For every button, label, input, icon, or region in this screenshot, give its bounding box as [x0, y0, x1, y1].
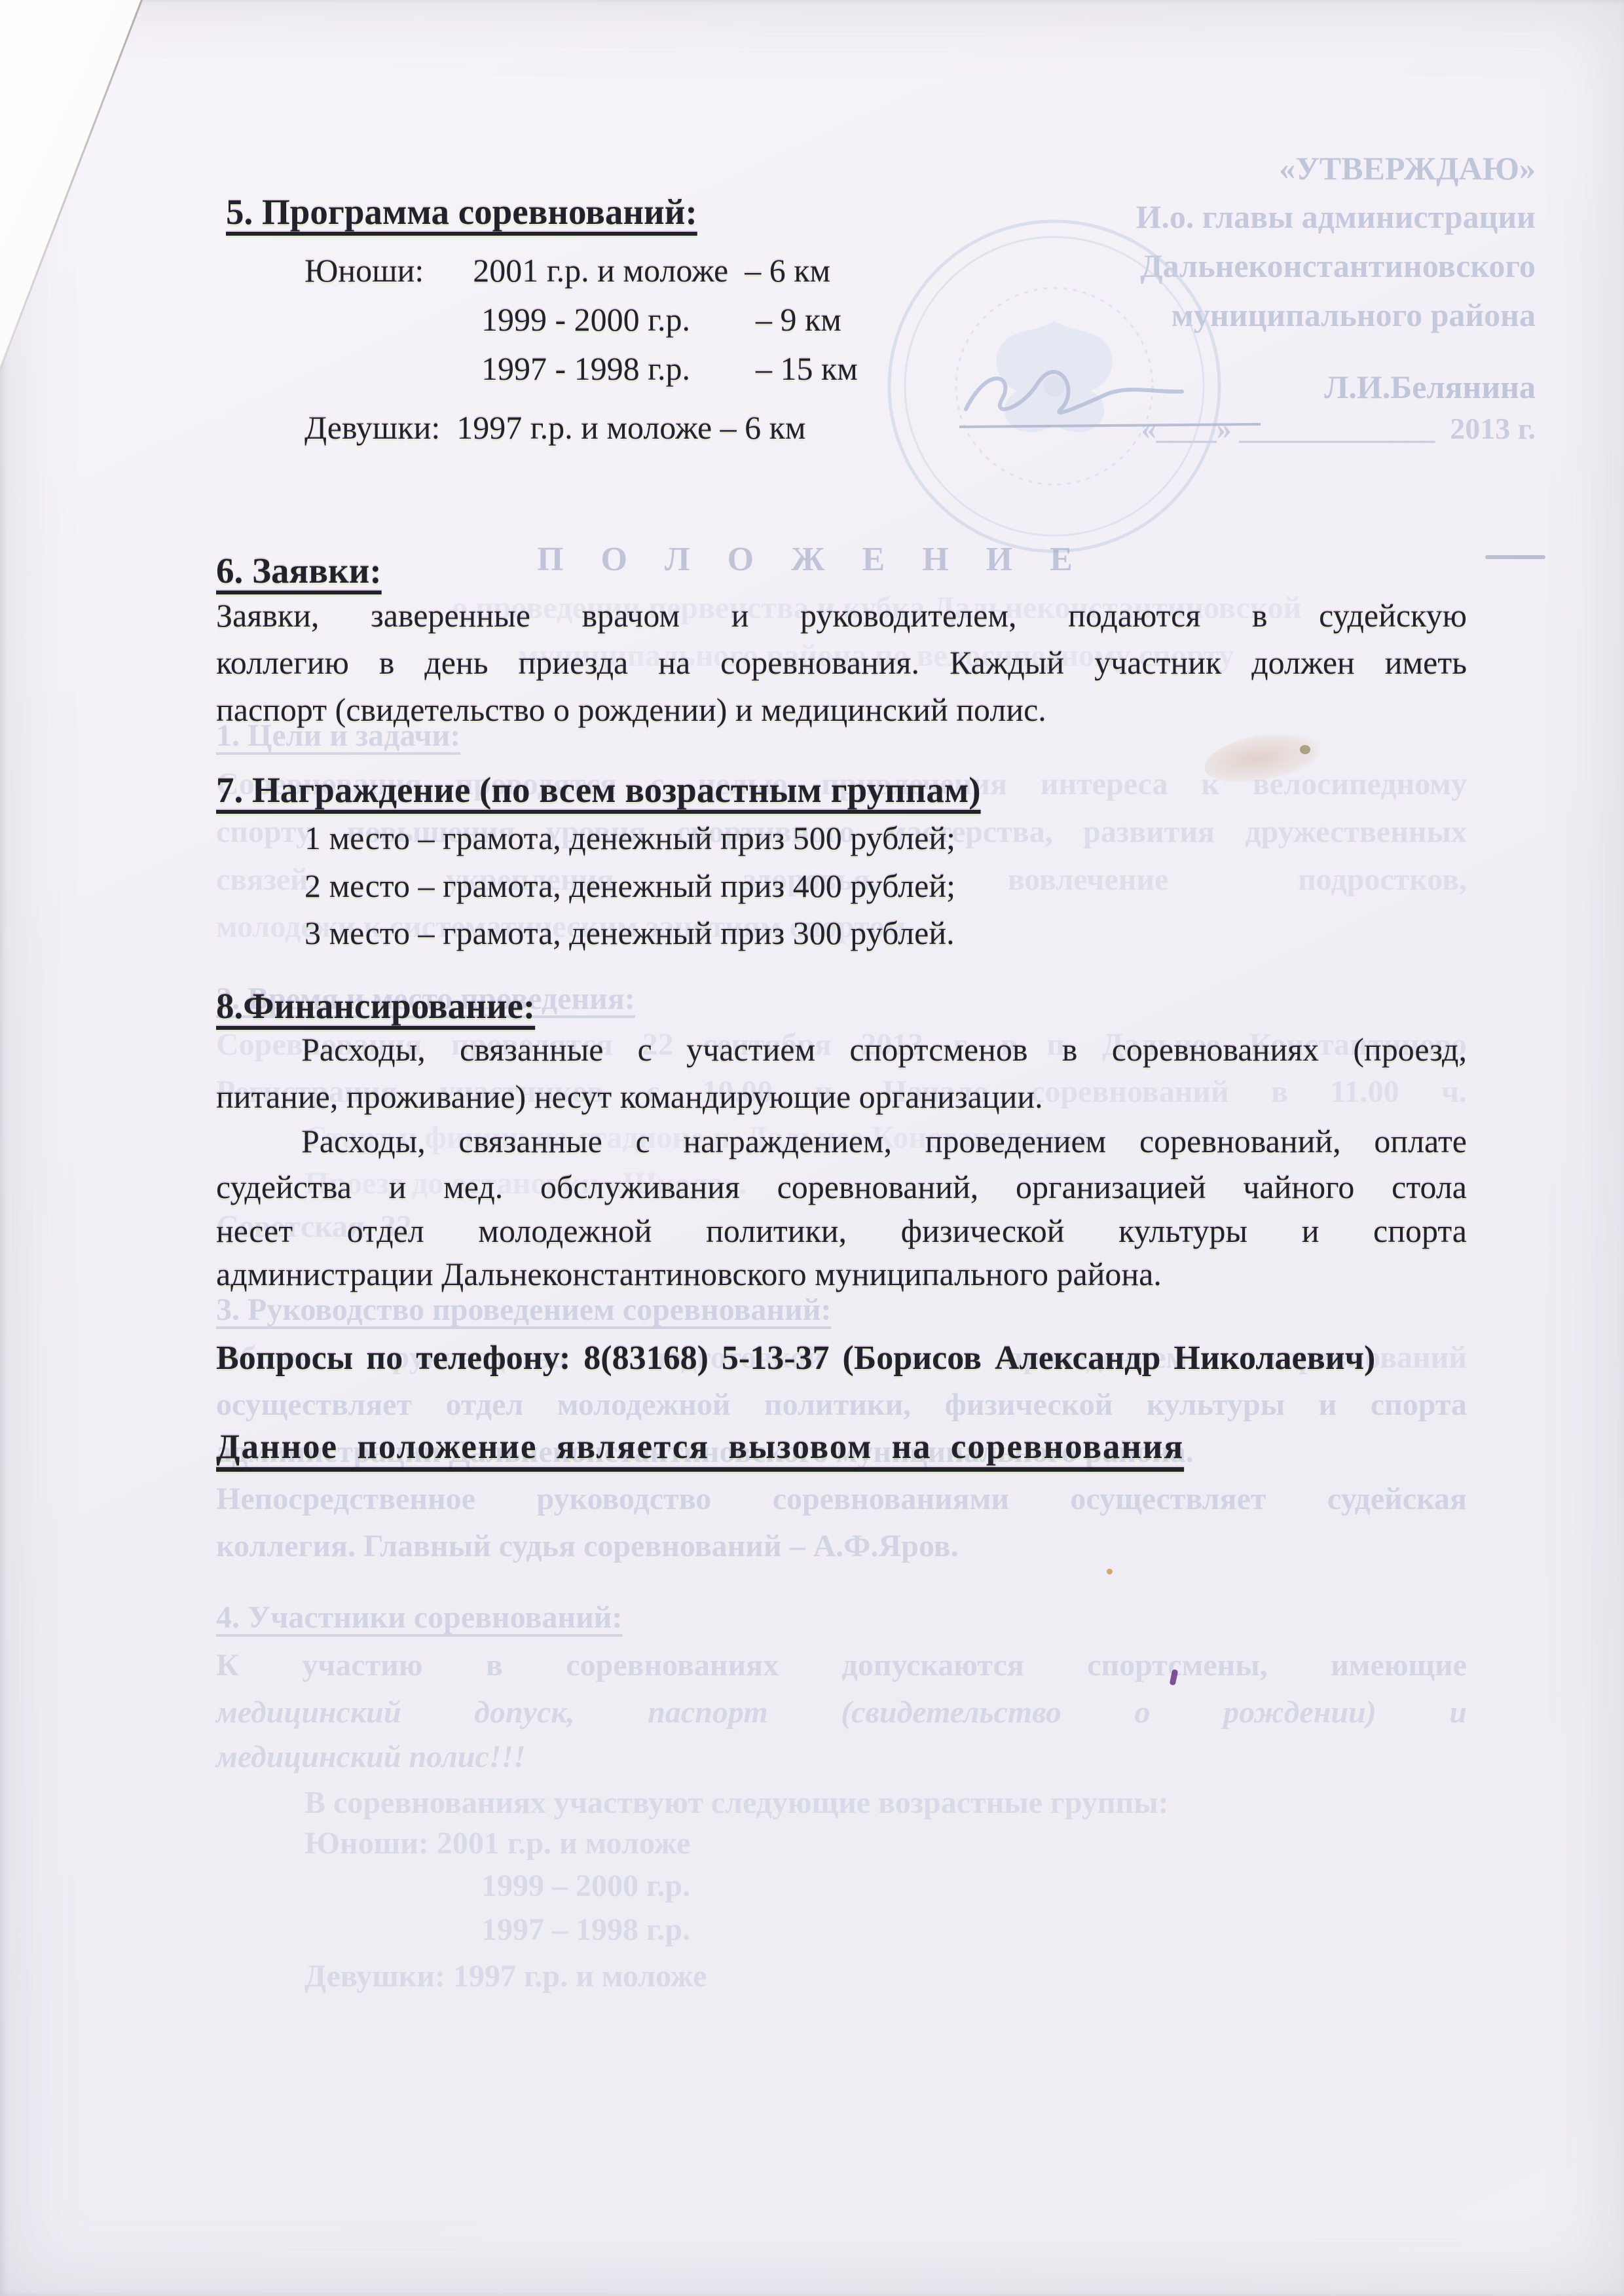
bleed-line: Юноши: 2001 г.р. и моложе: [304, 1827, 690, 1861]
section6-heading: 6. Заявки:: [216, 550, 382, 591]
program-row-boys-2: 1999 - 2000 г.р. – 9 км: [481, 301, 841, 339]
prize-line-2: 2 место – грамота, денежный приз 400 руб…: [304, 867, 955, 905]
prize-line-1: 1 место – грамота, денежный приз 500 руб…: [304, 820, 955, 858]
margin-mark: [1485, 555, 1545, 559]
bleed-line-italic: медицинский допуск, паспорт (свидетельст…: [216, 1696, 1467, 1730]
section6-line: Заявки, заверенные врачом и руководителе…: [216, 597, 1467, 635]
bleed-line: Девушки: 1997 г.р. и моложе: [304, 1959, 707, 1994]
bleed-line: К участию в соревнованиях допускаются сп…: [216, 1649, 1467, 1683]
section8-line: администрации Дальнеконстантиновского му…: [216, 1256, 1162, 1294]
section6-line: коллегию в день приезда на соревнования.…: [216, 644, 1467, 682]
bleed-section4-heading: 4. Участники соревнований:: [216, 1601, 622, 1635]
contact-phone-line: Вопросы по телефону: 8(83168) 5-13-37 (Б…: [216, 1339, 1375, 1378]
section8-heading: 8.Финансирование:: [216, 985, 535, 1027]
bleed-line: осуществляет отдел молодежной политики, …: [216, 1388, 1467, 1423]
prize-line-3: 3 место – грамота, денежный приз 300 руб…: [304, 915, 955, 953]
section8-line: несет отдел молодежной политики, физичес…: [216, 1212, 1467, 1250]
paper-stain-dot: [1300, 745, 1310, 754]
bleed-section3-heading: 3. Руководство проведением соревнований:: [216, 1293, 831, 1328]
scanned-document-page: «УТВЕРЖДАЮ» И.о. главы администрации Дал…: [0, 0, 1624, 2296]
bleed-line: В соревнованиях участвуют следующие возр…: [304, 1786, 1169, 1821]
bleed-line: Непосредственное руководство соревновани…: [216, 1482, 1467, 1517]
handwritten-signature: [953, 354, 1319, 439]
section8-line: Расходы, связанные с награждением, прове…: [216, 1123, 1467, 1161]
section7-heading: 7. Награждение (по всем возрастным групп…: [216, 769, 981, 811]
section6-line: паспорт (свидетельство о рождении) и мед…: [216, 691, 1046, 729]
section8-line: судейства и мед. обслуживания соревнован…: [216, 1169, 1467, 1207]
program-row-boys-3: 1997 - 1998 г.р. – 15 км: [481, 350, 858, 388]
section8-line: Расходы, связанные с участием спортсмено…: [216, 1031, 1467, 1069]
bleed-title: П О Л О Ж Е Н И Е: [537, 541, 1087, 578]
bleed-line: коллегия. Главный судья соревнований – А…: [216, 1529, 959, 1564]
dust-speck: [1107, 1569, 1113, 1575]
section5-heading: 5. Программа соревнований:: [226, 191, 697, 232]
program-row-girls: Девушки: 1997 г.р. и моложе – 6 км: [304, 409, 806, 447]
program-row-boys-1: Юноши: 2001 г.р. и моложе – 6 км: [304, 252, 830, 290]
closing-statement: Данное положение является вызовом на сор…: [216, 1427, 1184, 1467]
bleed-line-italic: медицинский полис!!!: [216, 1740, 526, 1775]
section8-line: питание, проживание) несут командирующие…: [216, 1078, 1043, 1116]
page-fold-corner: [0, 0, 170, 393]
approval-word: «УТВЕРЖДАЮ»: [917, 149, 1536, 187]
bleed-line: 1997 – 1998 г.р.: [481, 1913, 690, 1948]
bleed-line: 1999 – 2000 г.р.: [481, 1869, 690, 1904]
